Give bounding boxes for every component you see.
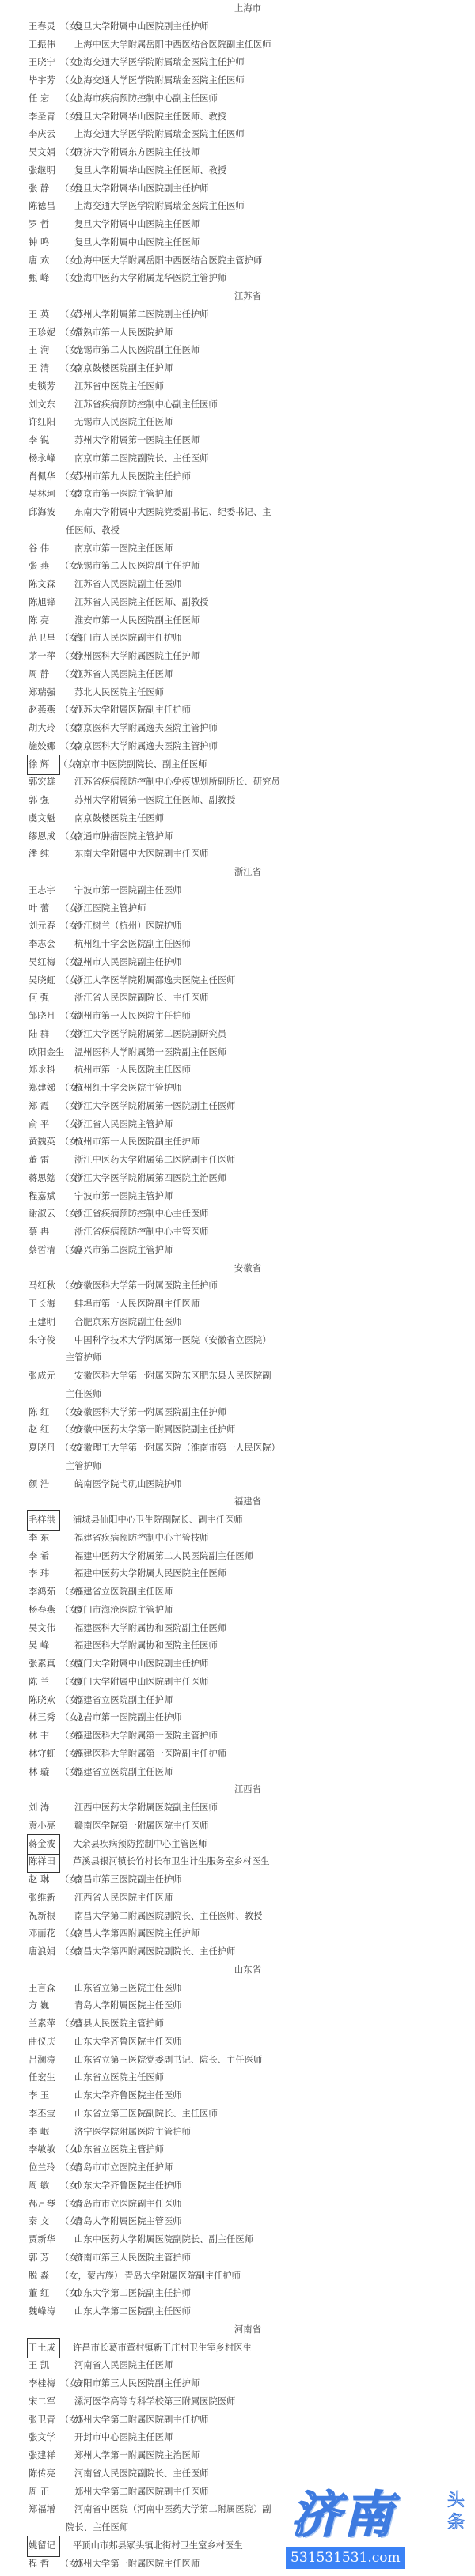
gender-note: （女） [60, 252, 74, 270]
list-item: 陈文森江苏省人民医院副主任医师 [0, 576, 475, 594]
gender-note: （女） [60, 1421, 74, 1439]
affiliation: 厦门大学附属中山医院副主任护师 [74, 1659, 208, 1669]
person-name: 王珍妮 [28, 324, 60, 342]
gender-note: （女） [60, 648, 74, 666]
gender-note: （女） [60, 2141, 74, 2159]
affiliation: 复旦大学附属华山医院主任医师、教授 [74, 112, 226, 122]
affiliation: 苏州大学附属第一医院主任医师、副教授 [74, 795, 235, 805]
person-name: 徐 辉 [28, 756, 59, 774]
list-item: 张成元安徽医科大学第一附属医院东区肥东县人民医院副 [0, 1367, 475, 1386]
affiliation: 南京市第二医院副院长、主任医师 [74, 453, 208, 463]
person-name: 陈德昌 [28, 198, 60, 216]
list-item: 李鸿茹（女）福建省立医院副主任医师 [0, 1583, 475, 1602]
list-item: 赵 琳（女）南昌市第三医院副主任护师 [0, 1871, 475, 1889]
list-item: 程嘉斌宁波市第一医院主管护师 [0, 1188, 475, 1206]
person-name: 吴文伟 [28, 1620, 60, 1638]
affiliation: 浙江医院主管护师 [74, 903, 146, 914]
gender-note: （女） [60, 1277, 74, 1296]
gender-note: （女） [60, 1404, 74, 1422]
list-item: 张 静（女）复旦大学附属华山医院副主任护师 [0, 180, 475, 199]
list-item: 任 宏（女）上海市疾病预防控制中心副主任医师 [0, 90, 475, 108]
person-name: 林 璇 [28, 1764, 60, 1782]
affiliation-continuation: 主管护师 [0, 1458, 475, 1476]
person-name: 陈 亮 [28, 612, 60, 630]
list-item: 吕澜涛山东省立第三医院党委副书记、院长、主任医师 [0, 2052, 475, 2070]
affiliation: 山东大学第二医院副主任医师 [74, 2306, 191, 2317]
list-item: 黄魏英（女）杭州市第一人民医院副主任护师 [0, 1133, 475, 1152]
person-name: 唐 欢 [28, 252, 60, 270]
person-name: 位兰玲 [28, 2159, 60, 2177]
list-item: 林 璇（女）福建省立医院副主任医师 [0, 1764, 475, 1782]
list-item: 钟 鸣复旦大学附属中山医院主任医师 [0, 234, 475, 252]
list-item: 周 静（女）江苏省人民医院主任医师 [0, 666, 475, 684]
list-item: 李桂梅（女）安阳市第三人民医院副主任护师 [0, 2375, 475, 2393]
list-item: 李志会杭州红十字会医院副主任医师 [0, 936, 475, 954]
affiliation: 浙江省人民医院主管护师 [74, 1119, 173, 1129]
list-item: 杨永峰南京市第二医院副院长、主任医师 [0, 450, 475, 468]
person-name: 郭 芳 [28, 2249, 60, 2268]
person-name: 肖佩华 [28, 468, 60, 486]
list-item: 董 红（女）山东大学第二医院副主任护师 [0, 2285, 475, 2303]
list-item: 茅一萍（女）徐州医科大学附属医院主任护师 [0, 648, 475, 666]
list-item: 杨春燕（女）厦门市海沧医院主管护师 [0, 1602, 475, 1620]
gender-note: （女） [60, 1170, 74, 1188]
affiliation: 福建医科大学附属第一医院主管护师 [74, 1731, 218, 1741]
gender-note: （女） [60, 2375, 74, 2393]
person-name: 陈旭锋 [28, 594, 60, 612]
person-name: 刘 涛 [28, 1799, 60, 1818]
affiliation: 郑州大学第二附属医院副主任护师 [74, 2415, 208, 2425]
list-item: 施姣娜（女）南京医科大学附属逸夫医院主管护师 [0, 738, 475, 756]
person-name: 李 希 [28, 1548, 60, 1566]
affiliation: 南昌大学第二附属医院副院长、主任医师、教授 [74, 1911, 262, 1921]
affiliation: 嘉兴市第二医院主管护师 [74, 1245, 173, 1255]
person-name: 程 哲 [28, 2555, 60, 2574]
affiliation: 上海中医药大学附属龙华医院主管护师 [74, 273, 226, 283]
gender-note: （女） [60, 1080, 74, 1098]
person-name: 谷 伟 [28, 540, 60, 558]
person-name: 姚留记 [28, 2537, 59, 2555]
person-name: 吴林珂 [28, 486, 60, 504]
affiliation: 福建省立医院副主任护师 [74, 1695, 173, 1705]
affiliation-continuation: 主管护师 [0, 1349, 475, 1367]
list-item: 唐浪娟（女）南昌大学第四附属医院副院长、主任护师 [0, 1943, 475, 1961]
gender-note: （女） [60, 972, 74, 990]
person-name: 王春灵 [28, 18, 60, 36]
person-name: 王土成 [28, 2340, 59, 2358]
person-name: 刘文东 [28, 396, 60, 414]
list-item: 吴红梅（女）温州市人民医院副主任护师 [0, 954, 475, 972]
gender-note: （女） [60, 2249, 74, 2268]
list-item: 郭宏雄江苏省疾病预防控制中心免疫规划所副所长、研究员 [0, 774, 475, 792]
affiliation: 皖南医学院弋矶山医院护师 [74, 1479, 182, 1489]
affiliation: 龙岩市第一医院副主任护师 [74, 1712, 182, 1723]
person-name: 张卫青 [28, 2411, 60, 2430]
affiliation: 福建省立医院副主任医师 [74, 1587, 173, 1597]
list-item: 李 岷济宁医学院附属医院主管护师 [0, 2124, 475, 2142]
affiliation: 东南大学附属中大医院副主任医师 [74, 849, 208, 859]
person-name: 蔡哲清 [28, 1242, 60, 1260]
list-item: 王振伟上海中医大学附属岳阳中西医结合医院副主任医师 [0, 36, 475, 55]
gender-note: （女） [60, 2015, 74, 2033]
person-name: 张 静 [28, 180, 60, 199]
list-item: 李庆云上海交通大学医学院附属瑞金医院主任医师 [0, 126, 475, 144]
province-heading: 河南省 [0, 2321, 475, 2340]
person-name: 王长海 [28, 1296, 60, 1314]
list-item: 夏晓丹（女）安徽理工大学第一附属医院（淮南市第一人民医院） [0, 1439, 475, 1458]
affiliation: 徐州医科大学附属医院主任护师 [74, 651, 199, 661]
gender-note: （女） [60, 342, 74, 360]
affiliation: 中国科学技术大学附属第一医院（安徽省立医院） [74, 1335, 272, 1345]
list-item: 唐 欢（女）上海中医大学附属岳阳中西医结合医院主管护师 [0, 252, 475, 270]
gender-note: （女） [60, 2159, 74, 2177]
affiliation: 青岛大学附属医院主管医师 [74, 2216, 182, 2226]
affiliation: 复旦大学附属华山医院主任医师、教授 [74, 165, 226, 176]
affiliation: 山东中医药大学附属医院副院长、副主任医师 [74, 2234, 253, 2245]
affiliation: 江苏省人民医院主任医师 [74, 669, 173, 679]
affiliation: 厦门大学附属中山医院副主任医师 [74, 1677, 208, 1687]
province-heading: 上海市 [0, 0, 475, 18]
affiliation: 济南市第三人民医院主管护师 [74, 2253, 191, 2263]
gender-note: （女） [60, 72, 74, 90]
person-name: 吕澜涛 [28, 2052, 60, 2070]
affiliation: 南昌大学第四附属医院副院长、主任护师 [74, 1946, 235, 1957]
province-heading: 江西省 [0, 1781, 475, 1799]
affiliation: 宁波市第一医院主管护师 [74, 1191, 173, 1201]
honoree-list-document: 上海市王春灵（女）复旦大学附属中山医院副主任护师王振伟上海中医大学附属岳阳中西医… [0, 0, 475, 2573]
list-item: 刘 涛江西中医药大学附属医院副主任医师 [0, 1799, 475, 1818]
affiliation: 安徽中医药大学第一附属医院副主任护师 [74, 1424, 235, 1435]
person-name: 范卫星 [28, 630, 60, 648]
list-item: 蔡 冉浙江省疾病预防控制中心主管医师 [0, 1224, 475, 1242]
affiliation: 合肥京东方医院副主任医师 [74, 1317, 182, 1327]
list-item: 叶 蕾（女）浙江医院主管护师 [0, 900, 475, 918]
affiliation: 曹县人民医院主管护师 [74, 2018, 164, 2029]
list-item: 张建祥郑州大学第一附属医院主治医师 [0, 2447, 475, 2465]
gender-note: （女） [60, 1583, 74, 1602]
watermark-side-text: 头条 [447, 2490, 463, 2534]
person-name: 袁小亮 [28, 1818, 60, 1836]
list-item: 何 强浙江省人民医院副院长、主任医师 [0, 989, 475, 1008]
gender-note: （女） [60, 90, 74, 108]
affiliation: 厦门市海沧医院主管护师 [74, 1605, 173, 1615]
affiliation: 浙江省人民医院副院长、主任医师 [74, 993, 208, 1003]
affiliation: 蚌埠市第一人民医院副主任医师 [74, 1299, 199, 1309]
person-name: 陈晓欢 [28, 1692, 60, 1710]
person-name: 许红阳 [28, 414, 60, 432]
list-item: 林 韦（女）福建医科大学附属第一医院主管护师 [0, 1727, 475, 1746]
person-name: 魏峰涛 [28, 2303, 60, 2321]
affiliation-continuation: 主任医师 [0, 1386, 475, 1404]
list-item: 王 英（女）苏州大学附属第二医院副主任护师 [0, 306, 475, 324]
list-item: 徐 辉（女）南京市中医院副院长、副主任医师 [0, 756, 475, 774]
list-item: 张维新江西省人民医院主任医师 [0, 1889, 475, 1908]
affiliation: 上海市疾病预防控制中心副主任医师 [74, 93, 218, 104]
affiliation: 山东省立第三医院党委副书记、院长、主任医师 [74, 2055, 262, 2065]
person-name: 郭 强 [28, 792, 60, 810]
affiliation: 赣南医学院第一附属医院主任医师 [74, 1821, 208, 1831]
gender-note: （女） [60, 2411, 74, 2430]
gender-note: （女） [60, 720, 74, 738]
list-item: 李丕宝山东省立第三医院副院长、主任医师 [0, 2105, 475, 2124]
person-name: 任宏生 [28, 2069, 60, 2087]
affiliation: 济宁医学院附属医院主管护师 [74, 2127, 191, 2137]
person-name: 脱 淼 [28, 2268, 60, 2286]
person-name: 方 巍 [28, 1997, 60, 2015]
affiliation: 福建省立医院副主任医师 [74, 1767, 173, 1777]
list-item: 任宏生山东省立医院主任医师 [0, 2069, 475, 2087]
gender-note: （女） [60, 486, 74, 504]
person-name: 何 强 [28, 989, 60, 1008]
person-name: 夏晓丹 [28, 1439, 60, 1458]
person-name: 郭宏雄 [28, 774, 60, 792]
list-item: 赵 红（女）安徽中医药大学第一附属医院副主任护师 [0, 1421, 475, 1439]
list-item: 王土成许昌市长葛市董村镇新王庄村卫生室乡村医生 [0, 2340, 475, 2358]
gender-note: （女） [60, 900, 74, 918]
list-item: 张素真（女）厦门大学附属中山医院副主任护师 [0, 1655, 475, 1674]
gender-note: （女） [60, 2196, 74, 2214]
affiliation: 浙江省疾病预防控制中心主管医师 [74, 1227, 208, 1237]
list-item: 陈祥田芦溪县银河镇长竹村长布卫生计生服务室乡村医生 [0, 1853, 475, 1871]
affiliation: 常熟市第一人民医院护师 [74, 327, 173, 338]
gender-note: （女） [60, 270, 74, 288]
affiliation: 浙江大学医学院附属第四医院主治医师 [74, 1173, 226, 1183]
person-name: 王 清 [28, 360, 60, 378]
affiliation: 大余县疾病预防控制中心主管医师 [73, 1839, 207, 1849]
person-name: 叶 蕾 [28, 900, 60, 918]
person-name: 施姣娜 [28, 738, 60, 756]
person-name: 李鸿茹 [28, 1583, 60, 1602]
person-name: 张建祥 [28, 2447, 60, 2465]
person-name: 王 英 [28, 306, 60, 324]
list-item: 邓丽花（女）南昌大学第四附属医院主任护师 [0, 1925, 475, 1943]
list-item: 魏峰涛山东大学第二医院副主任医师 [0, 2303, 475, 2321]
affiliation: 山东大学齐鲁医院主任医师 [74, 2037, 182, 2047]
gender-note: （女） [60, 360, 74, 378]
person-name: 蒋思懿 [28, 1170, 60, 1188]
person-name: 杨永峰 [28, 450, 60, 468]
list-item: 吴林珂（女）南京市第一医院主管护师 [0, 486, 475, 504]
list-item: 王珍妮（女）常熟市第一人民医院护师 [0, 324, 475, 342]
affiliation: 复旦大学附属中山医院副主任护师 [74, 21, 208, 32]
list-item: 陈旭锋江苏省人民医院主任医师、副教授 [0, 594, 475, 612]
person-name: 李 玉 [28, 2087, 60, 2105]
person-name: 王振伟 [28, 36, 60, 55]
affiliation: 宁波市第一医院副主任医师 [74, 885, 182, 895]
person-name: 俞 平 [28, 1116, 60, 1134]
affiliation: 南京医科大学附属逸夫医院主管护师 [74, 723, 218, 733]
list-item: 赵燕燕（女）江苏大学附属医院副主任护师 [0, 702, 475, 720]
affiliation-continuation: 任医师、教授 [0, 522, 475, 540]
person-name: 邓丽花 [28, 1925, 60, 1943]
affiliation: 南昌大学第四附属医院主任护师 [74, 1928, 199, 1939]
person-name: 林 韦 [28, 1727, 60, 1746]
list-item: 王言森山东省立第三医院主任医师 [0, 1980, 475, 1998]
person-name: 王晓宁 [28, 54, 60, 72]
list-item: 秦 文（女）青岛大学附属医院主管医师 [0, 2213, 475, 2231]
list-item: 王晓宁（女）上海交通大学医学院附属瑞金医院主任护师 [0, 54, 475, 72]
person-name: 郑建娣 [28, 1080, 60, 1098]
person-name: 邱海波 [28, 504, 60, 522]
person-name: 王志宇 [28, 882, 60, 900]
list-item: 王 凯河南省人民医院主任医师 [0, 2357, 475, 2375]
affiliation: 福建医科大学附属协和医院主任医师 [74, 1640, 218, 1651]
person-name: 马红秋 [28, 1277, 60, 1296]
affiliation: 海门市人民医院副主任护师 [74, 633, 182, 643]
affiliation: 无锡市人民医院主任医师 [74, 417, 173, 427]
gender-note: （女） [60, 324, 74, 342]
affiliation: 无锡市第二人民医院副主任护师 [74, 561, 199, 571]
list-item: 陈 兰（女）厦门大学附属中山医院副主任医师 [0, 1674, 475, 1692]
affiliation: 复旦大学附属中山医院主任医师 [74, 237, 199, 248]
list-item: 李敏敏（女）山东省立医院主管护师 [0, 2141, 475, 2159]
person-name: 林三秀 [28, 1709, 60, 1727]
list-item: 位兰玲（女）青岛市市立医院主任护师 [0, 2159, 475, 2177]
gender-note: （女） [60, 2555, 74, 2574]
affiliation: 福建医科大学附属协和医院副主任医师 [74, 1623, 226, 1633]
person-name: 周 静 [28, 666, 60, 684]
person-name: 郑永科 [28, 1061, 60, 1080]
person-name: 陈文森 [28, 576, 60, 594]
list-item: 王志宇宁波市第一医院副主任医师 [0, 882, 475, 900]
affiliation: 安徽医科大学第一附属医院东区肥东县人民医院副 [74, 1371, 272, 1381]
gender-note: （女） [60, 1439, 74, 1458]
person-name: 陈 红 [28, 1404, 60, 1422]
affiliation: 江苏省人民医院主任医师、副教授 [74, 597, 208, 607]
list-item: 郑 霞（女）浙江大学医学院附属第一医院副主任医师 [0, 1098, 475, 1116]
person-name: 陈 兰 [28, 1674, 60, 1692]
affiliation: 上海中医大学附属岳阳中西医结合医院副主任医师 [74, 40, 272, 50]
list-item: 林守虹（女）福建医科大学附属第一医院副主任护师 [0, 1746, 475, 1764]
affiliation: 浦城县仙阳中心卫生院副院长、副主任医师 [73, 1515, 243, 1525]
person-name: 欧阳金生 [28, 1044, 60, 1062]
person-name: 董 红 [28, 2285, 60, 2303]
person-name: 王言森 [28, 1980, 60, 1998]
person-name: 毛样洪 [28, 1511, 59, 1530]
affiliation: 山东大学齐鲁医院主任医师 [74, 2090, 182, 2101]
gender-note: （女） [60, 954, 74, 972]
list-item: 吴晓虹（女）浙江大学医学院附属邵逸夫医院主任医师 [0, 972, 475, 990]
gender-note: （女） [60, 54, 74, 72]
affiliation: 南昌市第三医院副主任护师 [74, 1874, 182, 1885]
gender-note: （女） [60, 917, 74, 936]
gender-note: （女） [60, 1674, 74, 1692]
affiliation: 淮安市第一人民医院副主任医师 [74, 615, 199, 626]
list-item: 邹晓月（女）湖州市第一人民医院主任护师 [0, 1008, 475, 1026]
affiliation: 河南省人民医院副院长、主任医师 [74, 2468, 208, 2479]
list-item: 史锁芳江苏省中医院主任医师 [0, 378, 475, 396]
gender-note: （女） [60, 1008, 74, 1026]
list-item: 颜 浩皖南医学院弋矶山医院护师 [0, 1476, 475, 1494]
person-name: 张 燕 [28, 558, 60, 576]
affiliation: 山东省立第三医院主任医师 [74, 1983, 182, 1993]
person-name: 黄魏英 [28, 1133, 60, 1152]
list-item: 脱 淼（女，蒙古族）青岛大学附属医院副主任护师 [0, 2268, 475, 2286]
affiliation: 浙江省疾病预防控制中心主任医师 [74, 1209, 208, 1219]
list-item: 李 锐苏州大学附属第一医院主任医师 [0, 432, 475, 450]
list-item: 毛样洪浦城县仙阳中心卫生院副院长、副主任医师 [0, 1511, 475, 1530]
list-item: 李 玉山东大学齐鲁医院主任医师 [0, 2087, 475, 2105]
affiliation: 杭州红十字会医院副主任医师 [74, 939, 191, 949]
person-name: 祝新根 [28, 1908, 60, 1926]
gender-note: （女） [60, 18, 74, 36]
affiliation: 浙江大学医学院附属第一医院副主任医师 [74, 1101, 235, 1111]
person-name: 任 宏 [28, 90, 60, 108]
person-name: 周 敏 [28, 2177, 60, 2196]
person-name: 吴红梅 [28, 954, 60, 972]
affiliation: 浙江树兰（杭州）医院护师 [74, 921, 182, 931]
person-name: 赵 红 [28, 1421, 60, 1439]
affiliation: 青岛大学附属医院副主任护师 [124, 2271, 241, 2281]
list-item: 肖佩华（女）苏州市第九人民医院主任护师 [0, 468, 475, 486]
person-name: 陈祥田 [28, 1853, 59, 1871]
gender-note: （女） [60, 1727, 74, 1746]
list-item: 陈 亮淮安市第一人民医院副主任医师 [0, 612, 475, 630]
affiliation: 浙江大学医学院附属邵逸夫医院主任医师 [74, 975, 235, 985]
list-item: 甄 峰（女）上海中医药大学附属龙华医院主管护师 [0, 270, 475, 288]
gender-note: （女） [60, 1098, 74, 1116]
person-name: 郑 霞 [28, 1098, 60, 1116]
person-name: 王建明 [28, 1314, 60, 1332]
province-heading: 浙江省 [0, 864, 475, 882]
gender-note: （女） [60, 1764, 74, 1782]
list-item: 陈晓欢（女）福建省立医院副主任护师 [0, 1692, 475, 1710]
list-item: 方 巍青岛大学附属医院主任医师 [0, 1997, 475, 2015]
gender-note: （女） [60, 630, 74, 648]
list-item: 林三秀（女）龙岩市第一医院副主任护师 [0, 1709, 475, 1727]
list-item: 潘 纯东南大学附属中大医院副主任医师 [0, 845, 475, 864]
list-item: 刘文东江苏省疾病预防控制中心副主任医师 [0, 396, 475, 414]
list-item: 蔡哲清（女）嘉兴市第二医院主管护师 [0, 1242, 475, 1260]
affiliation: 南京医科大学附属逸夫医院主管护师 [74, 741, 218, 751]
person-name: 王 凯 [28, 2357, 60, 2375]
gender-note: （女） [60, 144, 74, 162]
person-name: 史锁芳 [28, 378, 60, 396]
affiliation: 南京鼓楼医院主任医师 [74, 813, 164, 823]
watermark-url: 531531531.com [286, 2547, 405, 2569]
affiliation: 江苏大学附属医院副主任护师 [74, 705, 191, 715]
affiliation: 苏北人民医院主任医师 [74, 687, 164, 698]
person-name: 陈传亮 [28, 2465, 60, 2483]
person-name: 毕宇芳 [28, 72, 60, 90]
affiliation: 江苏省人民医院副主任医师 [74, 579, 182, 589]
list-item: 郭 强苏州大学附属第一医院主任医师、副教授 [0, 792, 475, 810]
affiliation: 江西省人民医院主任医师 [74, 1893, 173, 1903]
list-item: 周 敏（女）山东大学齐鲁医院主任护师 [0, 2177, 475, 2196]
list-item: 马红秋（女）安徽医科大学第一附属医院主任护师 [0, 1277, 475, 1296]
affiliation: 郑州大学第一附属医院主治医师 [74, 2450, 199, 2461]
person-name: 林守虹 [28, 1746, 60, 1764]
person-name: 李桂梅 [28, 2375, 60, 2393]
list-item: 李 玮福建中医药大学附属人民医院主任医师 [0, 1565, 475, 1583]
affiliation: 南京市第一医院主管护师 [74, 489, 173, 499]
affiliation: 东南大学附属中大医院党委副书记、纪委书记、主 [74, 507, 272, 517]
affiliation: 平顶山市郏县冢头镇北街村卫生室乡村医生 [73, 2540, 243, 2551]
list-item: 李圣青（女）复旦大学附属华山医院主任医师、教授 [0, 108, 475, 127]
gender-note: （女） [60, 666, 74, 684]
gender-note: （女） [60, 1871, 74, 1889]
list-item: 陈德昌上海交通大学医学院附属瑞金医院主任医师 [0, 198, 475, 216]
list-item: 王建明合肥京东方医院副主任医师 [0, 1314, 475, 1332]
affiliation: 安徽理工大学第一附属医院（淮南市第一人民医院） [74, 1443, 280, 1453]
affiliation: 安阳市第三人民医院副主任护师 [74, 2378, 199, 2389]
list-item: 曲仪庆山东大学齐鲁医院主任医师 [0, 2033, 475, 2052]
gender-note: （女） [60, 306, 74, 324]
person-name: 刘元春 [28, 917, 60, 936]
affiliation: 芦溪县银河镇长竹村长布卫生计生服务室乡村医生 [73, 1856, 270, 1867]
person-name: 甄 峰 [28, 270, 60, 288]
person-name: 李志会 [28, 936, 60, 954]
